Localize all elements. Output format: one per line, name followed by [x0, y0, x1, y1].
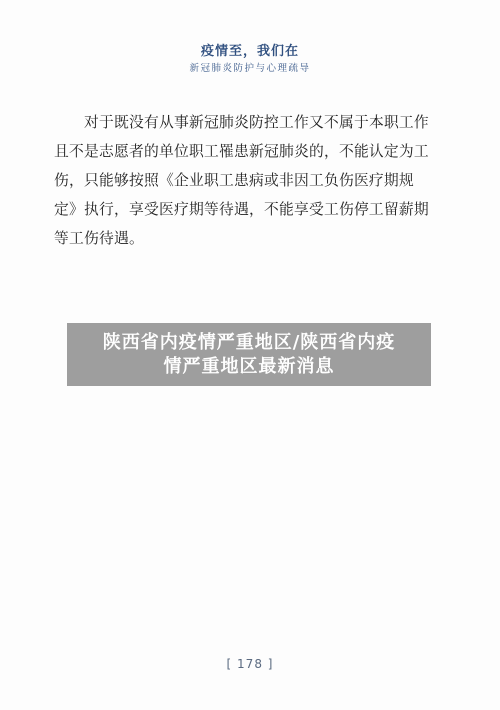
body-paragraph: 对于既没有从事新冠肺炎防控工作又不属于本职工作且不是志愿者的单位职工罹患新冠肺炎…	[54, 108, 434, 253]
overlay-title-line-1: 陕西省内疫情严重地区/陕西省内疫	[103, 331, 396, 355]
header-title: 疫情至，我们在	[0, 40, 500, 59]
document-page: 疫情至，我们在 新冠肺炎防护与心理疏导 对于既没有从事新冠肺炎防控工作又不属于本…	[0, 0, 500, 710]
header-subtitle: 新冠肺炎防护与心理疏导	[0, 60, 500, 74]
title-overlay-banner: 陕西省内疫情严重地区/陕西省内疫 情严重地区最新消息	[67, 323, 431, 386]
body-text: 对于既没有从事新冠肺炎防控工作又不属于本职工作且不是志愿者的单位职工罹患新冠肺炎…	[54, 108, 434, 253]
overlay-title-line-2: 情严重地区最新消息	[164, 355, 335, 379]
page-number: [ 178 ]	[0, 657, 500, 671]
